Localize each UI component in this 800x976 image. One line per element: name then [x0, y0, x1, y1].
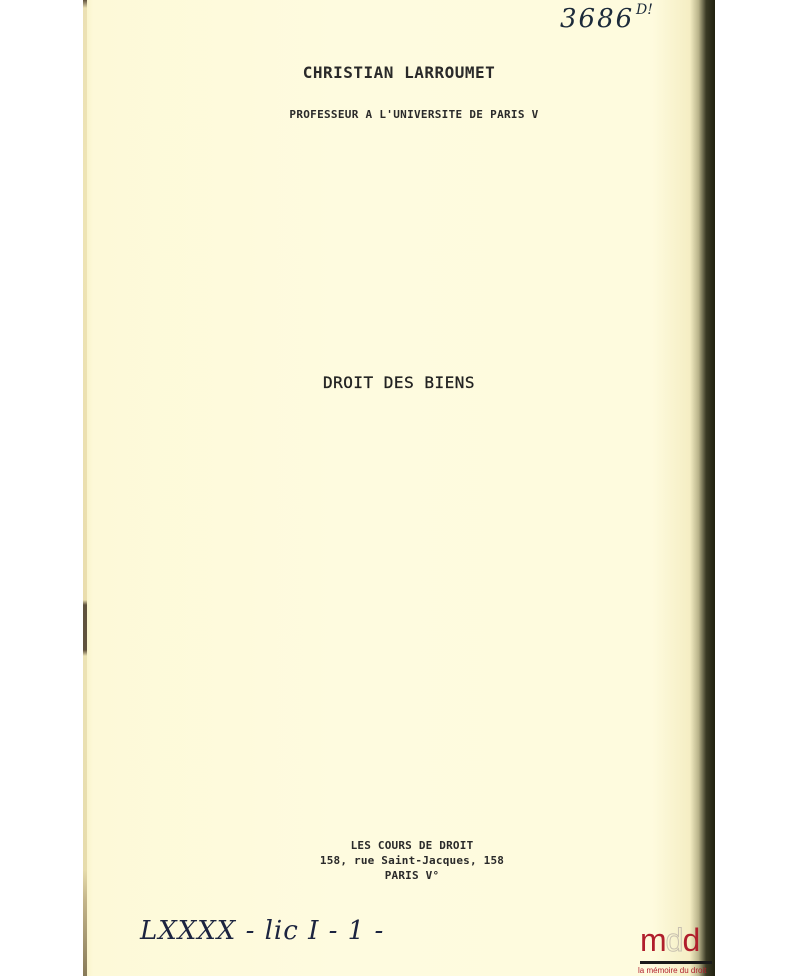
logo-letter-d-outline: d [666, 922, 683, 958]
page-binding-edge [83, 0, 87, 976]
mdd-logo: mdd la mémoire du droit [636, 924, 716, 976]
logo-letter-m: m [640, 922, 666, 958]
logo-tagline: la mémoire du droit [638, 966, 706, 975]
author-affiliation: PROFESSEUR A L'UNIVERSITE DE PARIS V [83, 108, 715, 121]
author-name: CHRISTIAN LARROUMET [83, 63, 715, 82]
publisher-city: PARIS V° [109, 868, 715, 883]
document-page [83, 0, 715, 976]
logo-underline [640, 961, 712, 964]
handwritten-shelfmark: LXXXX - lic I - 1 - [140, 916, 384, 946]
handwritten-call-number: 3686 [560, 4, 634, 34]
publisher-address: 158, rue Saint-Jacques, 158 [109, 853, 715, 868]
logo-letters: mdd [640, 924, 699, 956]
document-title: DROIT DES BIENS [83, 373, 715, 392]
publisher-block: LES COURS DE DROIT 158, rue Saint-Jacque… [83, 838, 715, 883]
logo-letter-d: d [682, 922, 699, 958]
handwritten-call-number-suffix: D! [636, 2, 653, 18]
publisher-name: LES COURS DE DROIT [109, 838, 715, 853]
